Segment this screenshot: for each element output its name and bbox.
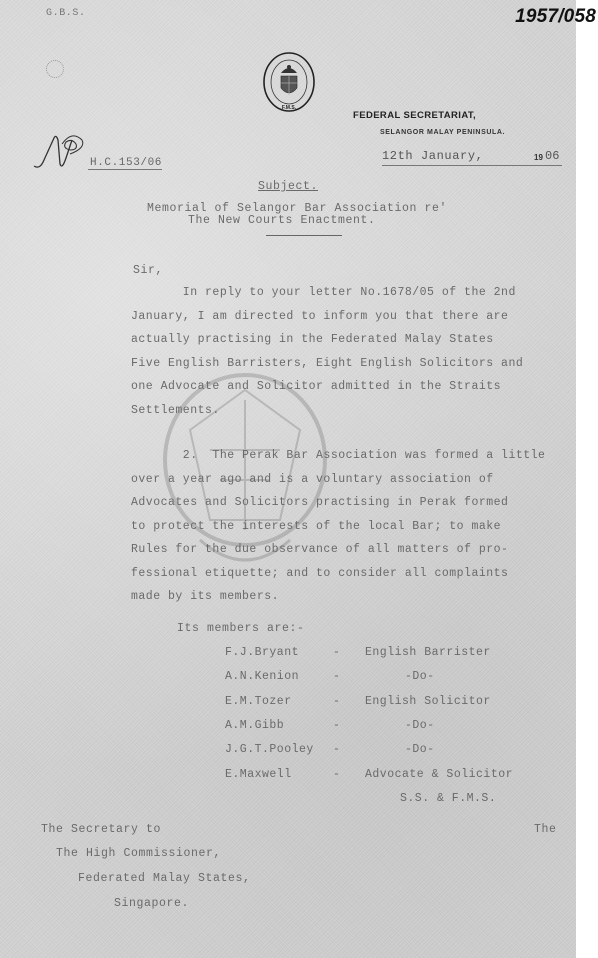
member-row: E.M.Tozer-English Solicitor (225, 695, 585, 717)
date-line: 12th January, 19 06 (382, 149, 562, 166)
date-century: 19 (534, 153, 543, 162)
paragraph-2-line: made by its members. (131, 590, 581, 614)
address-line-3: Federated Malay States, (78, 872, 251, 885)
svg-text:F.M.S.: F.M.S. (282, 105, 297, 111)
member-role: -Do- (405, 670, 435, 683)
address-line-4: Singapore. (114, 897, 189, 910)
subject-divider (266, 235, 342, 236)
handwritten-no-mark-icon (30, 132, 90, 172)
member-name: F.J.Bryant (225, 646, 299, 659)
member-dash: - (333, 743, 340, 756)
paragraph-2-line: Advocates and Solicitors practising in P… (131, 496, 581, 520)
member-role: Advocate & Solicitor (365, 768, 513, 781)
date-year: 06 (545, 149, 559, 163)
member-name: A.M.Gibb (225, 719, 284, 732)
member-role: -Do- (405, 743, 435, 756)
member-name: A.N.Kenion (225, 670, 299, 683)
paragraph-2-line: Rules for the due observance of all matt… (131, 543, 581, 567)
paragraph-2-line: over a year ago and is a voluntary assoc… (131, 473, 581, 497)
subject-label: Subject. (258, 180, 318, 193)
paragraph-1-line: actually practising in the Federated Mal… (131, 333, 581, 357)
paragraph-2-line: to protect the interests of the local Ba… (131, 520, 581, 544)
file-code: G.B.S. (46, 8, 86, 19)
member-row: E.Maxwell-Advocate & Solicitor (225, 768, 585, 790)
archive-reference: 1957/058 (515, 6, 596, 28)
small-ink-stamp (46, 60, 64, 78)
member-dash: - (333, 695, 340, 708)
paragraph-2-line: fessional etiquette; and to consider all… (131, 567, 581, 591)
paragraph-2: 2. The Perak Bar Association was formed … (131, 449, 581, 614)
paragraph-1-line: Settlements. (131, 404, 581, 428)
member-name: J.G.T.Pooley (225, 743, 314, 756)
member-row: A.M.Gibb--Do- (225, 719, 585, 741)
salutation: Sir, (133, 264, 163, 277)
members-heading: Its members are:- (177, 622, 305, 635)
member-name: E.Maxwell (225, 768, 292, 781)
paragraph-1-line: January, I am directed to inform you tha… (131, 310, 581, 334)
paragraph-1: In reply to your letter No.1678/05 of th… (131, 286, 581, 427)
member-row: J.G.T.Pooley--Do- (225, 743, 585, 765)
member-dash: - (333, 719, 340, 732)
address-line-2: The High Commissioner, (56, 847, 221, 860)
member-dash: - (333, 670, 340, 683)
member-dash: - (333, 768, 340, 781)
catchword: The (534, 823, 557, 836)
member-role-continuation-row: S.S. & F.M.S. (225, 792, 585, 814)
paragraph-1-line: Five English Barristers, Eight English S… (131, 357, 581, 381)
paragraph-2-line: 2. The Perak Bar Association was formed … (131, 449, 581, 473)
letterhead-location: SELANGOR MALAY PENINSULA. (380, 129, 505, 136)
date-day-month: 12th January, (382, 149, 483, 163)
letterhead-title: FEDERAL SECRETARIAT, (353, 110, 476, 121)
paragraph-1-line: one Advocate and Solicitor admitted in t… (131, 380, 581, 404)
document-page: G.B.S. F.M.S. FEDERAL SECRETARIAT, SELAN… (0, 0, 576, 958)
member-row: F.J.Bryant-English Barrister (225, 646, 585, 668)
paragraph-1-line: In reply to your letter No.1678/05 of th… (131, 286, 581, 310)
subject-line-2: The New Courts Enactment. (188, 214, 376, 227)
member-name: E.M.Tozer (225, 695, 292, 708)
reference-number: H.C.153/06 (88, 157, 162, 170)
member-role-continuation: S.S. & F.M.S. (400, 792, 496, 805)
member-role: -Do- (405, 719, 435, 732)
member-role: English Barrister (365, 646, 491, 659)
member-role: English Solicitor (365, 695, 491, 708)
member-dash: - (333, 646, 340, 659)
address-line-1: The Secretary to (41, 823, 161, 836)
member-row: A.N.Kenion--Do- (225, 670, 585, 692)
federal-secretariat-seal-icon: F.M.S. (262, 51, 316, 113)
